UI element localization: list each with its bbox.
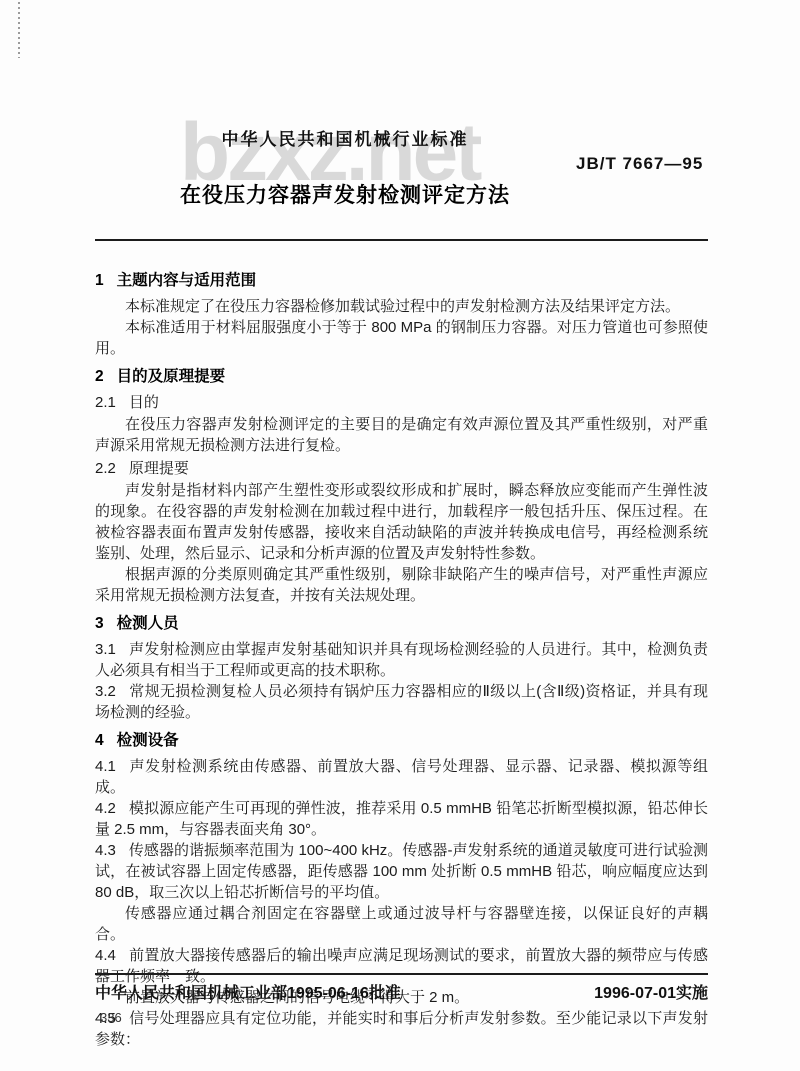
standard-type-heading: 中华人民共和国机械行业标准 bbox=[95, 125, 595, 150]
approval-note: 中华人民共和国机械工业部1995-06-16批准 bbox=[95, 980, 401, 1003]
paragraph: 本标准规定了在役压力容器检修加载试验过程中的声发射检测方法及结果评定方法。 bbox=[95, 296, 708, 317]
block-text: 声发射是指材料内部产生塑性变形或裂纹形成和扩展时，瞬态释放应变能而产生弹性波的现… bbox=[95, 482, 708, 562]
block-text: 常规无损检测复检人员必须持有锅炉压力容器相应的Ⅱ级以上(含Ⅱ级)资格证，并具有现… bbox=[95, 683, 708, 721]
clause-number: 3 bbox=[95, 615, 104, 632]
standard-title: 在役压力容器声发射检测评定方法 bbox=[85, 179, 605, 209]
clause-number: 2 bbox=[95, 368, 104, 385]
clause-number: 4.3 bbox=[95, 842, 116, 859]
document-body: 1主题内容与适用范围本标准规定了在役压力容器检修加载试验过程中的声发射检测方法及… bbox=[95, 263, 708, 1050]
block-text: 本标准适用于材料屈服强度小于等于 800 MPa 的钢制压力容器。对压力管道也可… bbox=[95, 319, 708, 357]
block-text: 目的及原理提要 bbox=[117, 368, 226, 385]
block-text: 声发射检测应由掌握声发射基础知识并具有现场检测经验的人员进行。其中，检测负责人必… bbox=[95, 641, 708, 679]
section-heading: 2目的及原理提要 bbox=[95, 366, 708, 387]
paragraph: 传感器应通过耦合剂固定在容器壁上或通过波导杆与容器壁连接，以保证良好的声耦合。 bbox=[95, 903, 708, 945]
footer: 中华人民共和国机械工业部1995-06-16批准 1996-07-01实施 bbox=[95, 980, 708, 1003]
scanned-standard-page: bzxz.net 中华人民共和国机械行业标准 JB/T 7667—95 在役压力… bbox=[0, 0, 800, 1071]
block-text: 传感器应通过耦合剂固定在容器壁上或通过波导杆与容器壁连接，以保证良好的声耦合。 bbox=[95, 905, 708, 943]
block-text: 声发射检测系统由传感器、前置放大器、信号处理器、显示器、记录器、模拟源等组成。 bbox=[95, 758, 708, 796]
clause-heading: 2.2原理提要 bbox=[95, 458, 708, 479]
standard-number: JB/T 7667—95 bbox=[576, 154, 703, 174]
paragraph: 3.2常规无损检测复检人员必须持有锅炉压力容器相应的Ⅱ级以上(含Ⅱ级)资格证，并… bbox=[95, 681, 708, 723]
title-divider bbox=[95, 239, 708, 241]
paragraph: 本标准适用于材料屈服强度小于等于 800 MPa 的钢制压力容器。对压力管道也可… bbox=[95, 317, 708, 359]
paragraph: 在役压力容器声发射检测评定的主要目的是确定有效声源位置及其严重性级别，对严重声源… bbox=[95, 414, 708, 456]
clause-heading: 2.1目的 bbox=[95, 392, 708, 413]
footer-divider bbox=[95, 973, 708, 975]
block-text: 根据声源的分类原则确定其严重性级别，剔除非缺陷产生的噪声信号，对严重性声源应采用… bbox=[95, 566, 708, 604]
block-text: 在役压力容器声发射检测评定的主要目的是确定有效声源位置及其严重性级别，对严重声源… bbox=[95, 416, 708, 454]
paragraph: 根据声源的分类原则确定其严重性级别，剔除非缺陷产生的噪声信号，对严重性声源应采用… bbox=[95, 564, 708, 606]
page-number: 336 bbox=[100, 1010, 122, 1025]
clause-number: 4.2 bbox=[95, 800, 116, 817]
block-text: 目的 bbox=[129, 394, 159, 411]
section-heading: 4检测设备 bbox=[95, 730, 708, 751]
block-text: 传感器的谐振频率范围为 100~400 kHz。传感器-声发射系统的通道灵敏度可… bbox=[95, 842, 708, 901]
paragraph: 4.1声发射检测系统由传感器、前置放大器、信号处理器、显示器、记录器、模拟源等组… bbox=[95, 756, 708, 798]
implementation-note: 1996-07-01实施 bbox=[594, 980, 708, 1003]
block-text: 信号处理器应具有定位功能，并能实时和事后分析声发射参数。至少能记录以下声发射参数… bbox=[95, 1010, 708, 1048]
block-text: 主题内容与适用范围 bbox=[117, 272, 257, 289]
clause-number: 1 bbox=[95, 272, 104, 289]
section-heading: 1主题内容与适用范围 bbox=[95, 270, 708, 291]
paragraph: 声发射是指材料内部产生塑性变形或裂纹形成和扩展时，瞬态释放应变能而产生弹性波的现… bbox=[95, 480, 708, 564]
clause-number: 4.1 bbox=[95, 758, 116, 775]
scan-artifact bbox=[18, 2, 20, 58]
block-text: 原理提要 bbox=[129, 460, 189, 477]
clause-number: 2.1 bbox=[95, 394, 116, 411]
block-text: 本标准规定了在役压力容器检修加载试验过程中的声发射检测方法及结果评定方法。 bbox=[125, 298, 680, 315]
paragraph: 3.1声发射检测应由掌握声发射基础知识并具有现场检测经验的人员进行。其中，检测负… bbox=[95, 639, 708, 681]
clause-number: 4 bbox=[95, 732, 104, 749]
paragraph: 4.2模拟源应能产生可再现的弹性波，推荐采用 0.5 mmHB 铅笔芯折断型模拟… bbox=[95, 798, 708, 840]
clause-number: 4.4 bbox=[95, 947, 116, 964]
section-heading: 3检测人员 bbox=[95, 613, 708, 634]
paragraph: 4.5信号处理器应具有定位功能，并能实时和事后分析声发射参数。至少能记录以下声发… bbox=[95, 1008, 708, 1050]
clause-number: 3.1 bbox=[95, 641, 116, 658]
clause-number: 2.2 bbox=[95, 460, 116, 477]
block-text: 检测设备 bbox=[117, 732, 179, 749]
block-text: 检测人员 bbox=[117, 615, 179, 632]
block-text: 模拟源应能产生可再现的弹性波，推荐采用 0.5 mmHB 铅笔芯折断型模拟源，铅… bbox=[95, 800, 708, 838]
clause-number: 3.2 bbox=[95, 683, 116, 700]
paragraph: 4.3传感器的谐振频率范围为 100~400 kHz。传感器-声发射系统的通道灵… bbox=[95, 840, 708, 903]
